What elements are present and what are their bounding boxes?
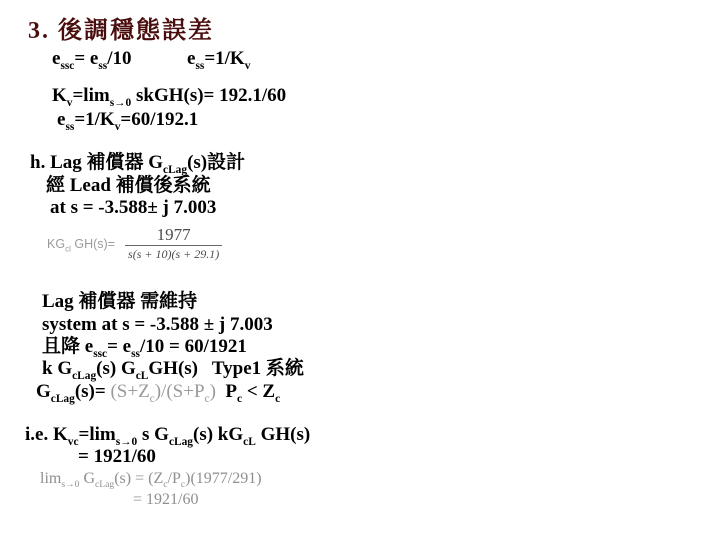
lag-design-heading: h. Lag 補償器 GcLag(s)設計: [30, 152, 245, 173]
fraction: 1977 s(s + 10)(s + 29.1): [125, 226, 222, 261]
lag-compensator-form-line: GcLag(s)= (S+Zc)/(S+Pc) Pc < Zc: [36, 381, 280, 402]
fraction-numerator: 1977: [125, 226, 222, 245]
lead-compensated-line: 經 Lead 補償後系統: [46, 175, 211, 196]
root-location-line: at s = -3.588± j 7.003: [50, 197, 216, 218]
formula-ess-definition: ess=1/Kv: [187, 48, 250, 69]
fraction-denominator: s(s + 10)(s + 29.1): [125, 245, 222, 261]
type1-system-line: k GcLag(s) GcLGH(s) Type1 系統: [42, 358, 304, 379]
system-root-line: system at s = -3.588 ± j 7.003: [42, 314, 273, 335]
formula-ess-value: ess=1/Kv=60/192.1: [57, 109, 198, 130]
lim-value-line: = 1921/60: [133, 489, 198, 510]
kvc-value-line: = 1921/60: [78, 446, 156, 467]
transfer-function-equation: KGcl GH(s)= 1977 s(s + 10)(s + 29.1): [47, 226, 222, 261]
formula-essc-definition: essc= ess/10: [52, 48, 132, 69]
slide: 3. 後調穩態誤差 essc= ess/10 ess=1/Kv Kv=lims→…: [0, 0, 720, 540]
page-title: 3. 後調穩態誤差: [28, 10, 214, 45]
error-reduction-line: 且降 essc= ess/10 = 60/1921: [42, 336, 247, 357]
lag-requirement-line: Lag 補償器 需維持: [42, 291, 197, 312]
equation-label: KGcl GH(s)=: [47, 237, 115, 251]
kvc-definition-line: i.e. Kvc=lims→0 s GcLag(s) kGcL GH(s): [25, 424, 310, 445]
lim-gclag-line: lims→0 GcLag(s) = (Zc/Pc)(1977/291): [40, 468, 262, 489]
formula-kv: Kv=lims→0 skGH(s)= 192.1/60: [52, 85, 286, 106]
